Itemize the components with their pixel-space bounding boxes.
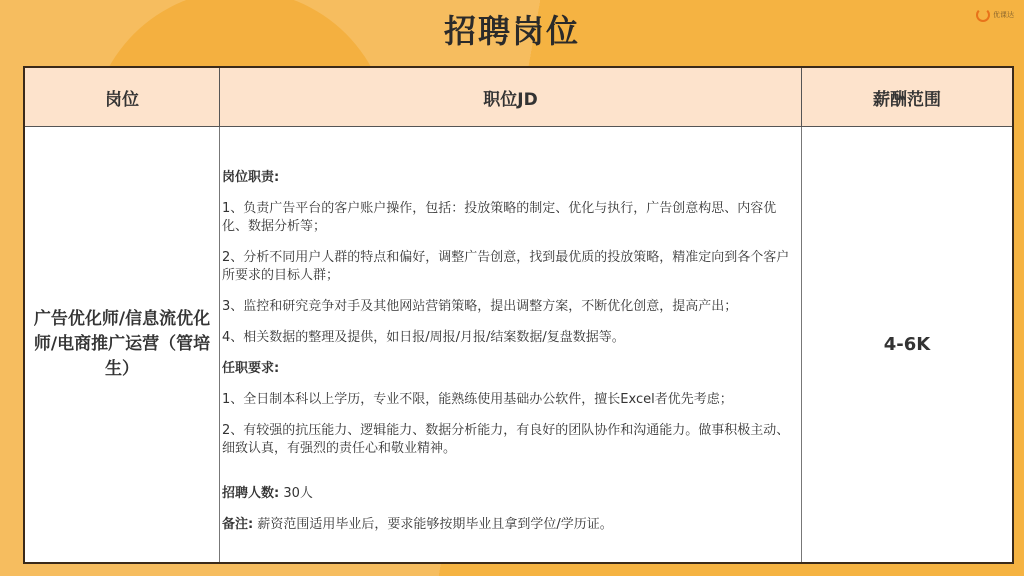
duty-item: 4、相关数据的整理及提供，如日报/周报/月报/结案数据/复盘数据等。 bbox=[222, 329, 795, 347]
duty-item: 3、监控和研究竞争对手及其他网站营销策略，提出调整方案，不断优化创意，提高产出； bbox=[222, 298, 795, 316]
duty-item: 1、负责广告平台的客户账户操作，包括：投放策略的制定、优化与执行，广告创意构思、… bbox=[222, 200, 795, 236]
header-jd: 职位JD bbox=[220, 67, 802, 127]
brand-logo: 优课达 bbox=[976, 8, 1014, 22]
table-header-row: 岗位 职位JD 薪酬范围 bbox=[24, 67, 1013, 127]
duties-label: 岗位职责: bbox=[222, 169, 795, 187]
position-name: 广告优化师/信息流优化师/电商推广运营（管培生） bbox=[24, 127, 220, 564]
note-value: 薪资范围适用毕业后，要求能够按期毕业且拿到学位/学历证。 bbox=[257, 517, 612, 532]
page-title: 招聘岗位 bbox=[0, 6, 1024, 52]
salary-range: 4-6K bbox=[802, 127, 1014, 564]
requirement-item: 1、全日制本科以上学历，专业不限，能熟练使用基础办公软件，擅长Excel者优先考… bbox=[222, 391, 795, 409]
job-description: 岗位职责: 1、负责广告平台的客户账户操作，包括：投放策略的制定、优化与执行，广… bbox=[220, 127, 802, 564]
requirement-item: 2、有较强的抗压能力、逻辑能力、数据分析能力，有良好的团队协作和沟通能力。做事积… bbox=[222, 422, 795, 458]
orange-logo-icon bbox=[976, 8, 990, 22]
duty-item: 2、分析不同用户人群的特点和偏好，调整广告创意，找到最优质的投放策略，精准定向到… bbox=[222, 249, 795, 285]
headcount: 招聘人数: 30人 bbox=[222, 485, 795, 503]
requirements-label: 任职要求: bbox=[222, 360, 795, 378]
note-label: 备注: bbox=[222, 517, 253, 532]
header-salary: 薪酬范围 bbox=[802, 67, 1014, 127]
headcount-label: 招聘人数: bbox=[222, 486, 279, 501]
job-table: 岗位 职位JD 薪酬范围 广告优化师/信息流优化师/电商推广运营（管培生） 岗位… bbox=[23, 66, 1014, 564]
note: 备注: 薪资范围适用毕业后，要求能够按期毕业且拿到学位/学历证。 bbox=[222, 516, 795, 534]
header-position: 岗位 bbox=[24, 67, 220, 127]
logo-text: 优课达 bbox=[993, 11, 1014, 19]
table-row: 广告优化师/信息流优化师/电商推广运营（管培生） 岗位职责: 1、负责广告平台的… bbox=[24, 127, 1013, 564]
headcount-value: 30人 bbox=[283, 486, 313, 501]
